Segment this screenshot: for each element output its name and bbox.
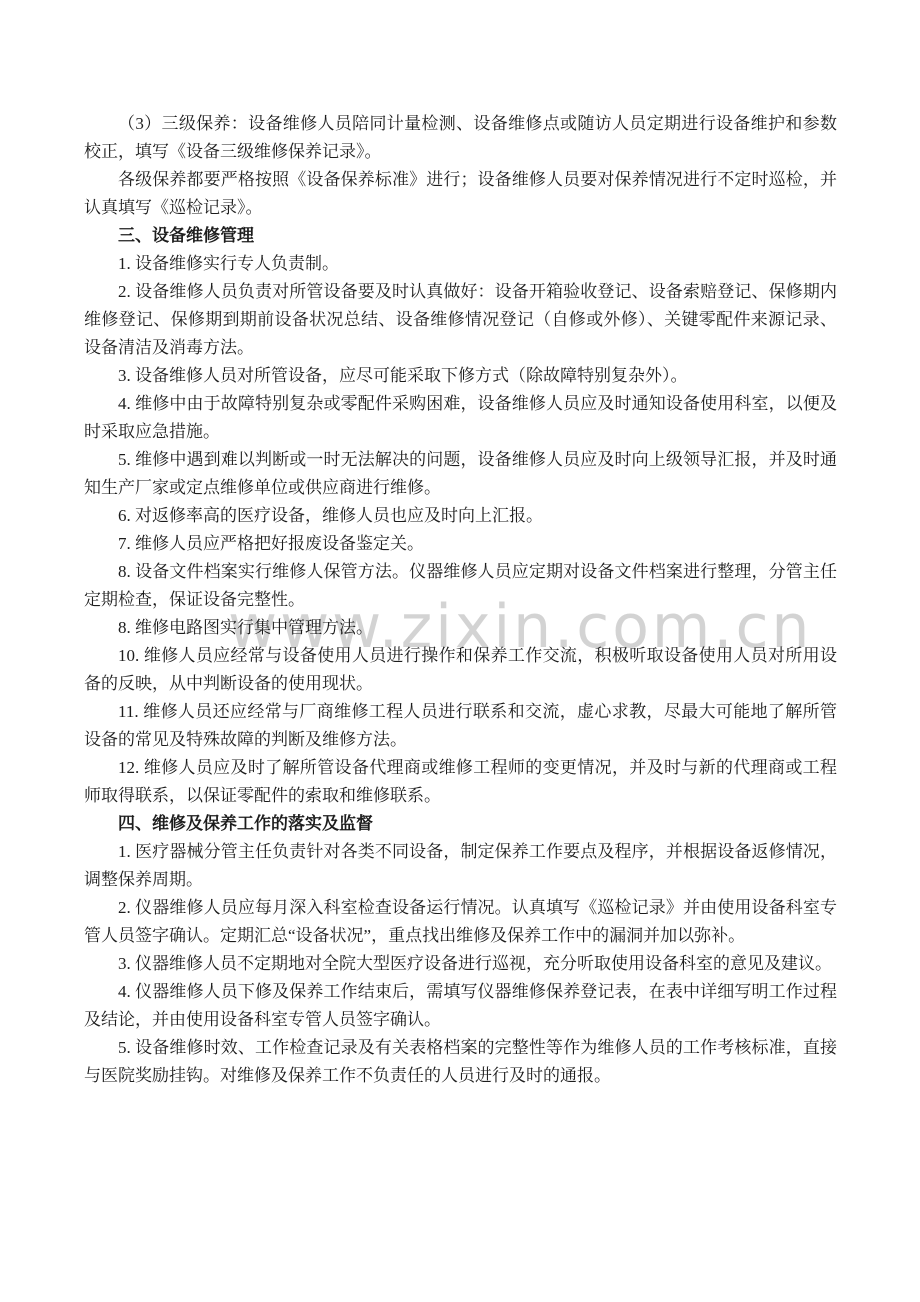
paragraph: 1. 医疗器械分管主任负责针对各类不同设备，制定保养工作要点及程序，并根据设备返… — [84, 838, 837, 894]
section-heading: 四、维修及保养工作的落实及监督 — [84, 810, 837, 838]
paragraph: 各级保养都要严格按照《设备保养标准》进行；设备维修人员要对保养情况进行不定时巡检… — [84, 166, 837, 222]
paragraph: 4. 维修中由于故障特别复杂或零配件采购困难，设备维修人员应及时通知设备使用科室… — [84, 390, 837, 446]
paragraph: 11. 维修人员还应经常与厂商维修工程人员进行联系和交流，虚心求教，尽最大可能地… — [84, 698, 837, 754]
paragraph: 2. 仪器维修人员应每月深入科室检查设备运行情况。认真填写《巡检记录》并由使用设… — [84, 894, 837, 950]
paragraph: 8. 维修电路图实行集中管理方法。 — [84, 614, 837, 642]
document-body: （3）三级保养：设备维修人员陪同计量检测、设备维修点或随访人员定期进行设备维护和… — [84, 110, 837, 1090]
section-heading: 三、设备维修管理 — [84, 222, 837, 250]
paragraph: 12. 维修人员应及时了解所管设备代理商或维修工程师的变更情况，并及时与新的代理… — [84, 754, 837, 810]
paragraph: 3. 设备维修人员对所管设备，应尽可能采取下修方式（除故障特别复杂外）。 — [84, 362, 837, 390]
paragraph: 5. 设备维修时效、工作检查记录及有关表格档案的完整性等作为维修人员的工作考核标… — [84, 1034, 837, 1090]
paragraph: 10. 维修人员应经常与设备使用人员进行操作和保养工作交流，积极听取设备使用人员… — [84, 642, 837, 698]
paragraph: 4. 仪器维修人员下修及保养工作结束后，需填写仪器维修保养登记表，在表中详细写明… — [84, 978, 837, 1034]
paragraph: 1. 设备维修实行专人负责制。 — [84, 250, 837, 278]
document-page: www.zixin.com.cn （3）三级保养：设备维修人员陪同计量检测、设备… — [0, 0, 920, 1302]
paragraph: 6. 对返修率高的医疗设备，维修人员也应及时向上汇报。 — [84, 502, 837, 530]
paragraph: （3）三级保养：设备维修人员陪同计量检测、设备维修点或随访人员定期进行设备维护和… — [84, 110, 837, 166]
paragraph: 5. 维修中遇到难以判断或一时无法解决的问题，设备维修人员应及时向上级领导汇报，… — [84, 446, 837, 502]
paragraph: 7. 维修人员应严格把好报废设备鉴定关。 — [84, 530, 837, 558]
paragraph: 8. 设备文件档案实行维修人保管方法。仪器维修人员应定期对设备文件档案进行整理，… — [84, 558, 837, 614]
paragraph: 2. 设备维修人员负责对所管设备要及时认真做好：设备开箱验收登记、设备索赔登记、… — [84, 278, 837, 362]
paragraph: 3. 仪器维修人员不定期地对全院大型医疗设备进行巡视，充分听取使用设备科室的意见… — [84, 950, 837, 978]
